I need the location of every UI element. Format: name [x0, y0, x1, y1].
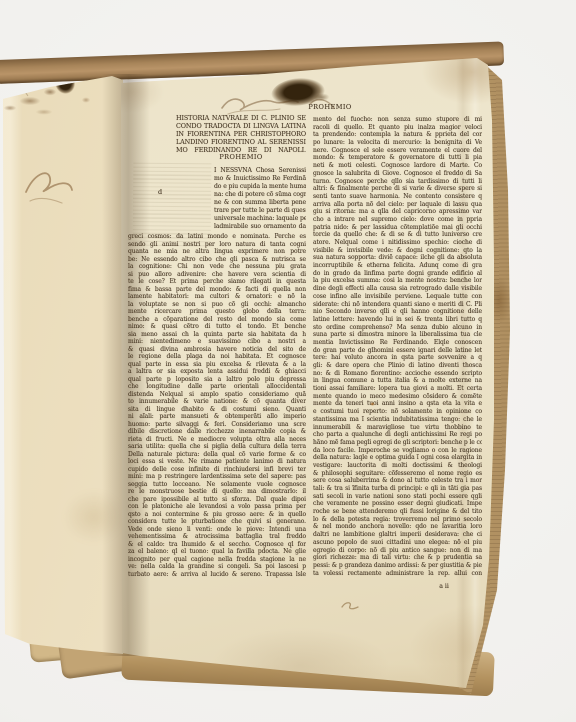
text-line: della natura: laqle e optima guida ĩ ogn… [313, 454, 482, 462]
text-line: cho parta a qualunche di degli antichiss… [313, 431, 482, 439]
opening-paragraph: I NESSVNA Chosa Serenissimo & Inuictissi… [214, 167, 306, 231]
guide-letter: d [158, 189, 162, 196]
text-line: IN FIORENTINA PER CHRISTOPHORO [176, 130, 306, 138]
text-line: gnosce la salubrita di Giove. Cognosce e… [313, 170, 482, 178]
text-line: I NESSVNA Chosa Serenissi [214, 167, 306, 175]
text-line: tere: hai voluto ancora in qsta parte so… [313, 354, 482, 362]
text-line: lamente habitatori: ma cultori & ornator… [128, 293, 306, 301]
text-line: CONDO TRADOCTA DI LINGVA LATINA [176, 122, 306, 130]
text-line: ascuno popolo de suoi cittadini uno eleg… [313, 539, 482, 547]
text-line: ni aĩali: parte mansueti & obtemperãti a… [128, 413, 306, 421]
text-line: distenda Nelqual si amplo spatio conside… [128, 391, 306, 399]
text-line: sto ordine comprehenso? Ma senza dubio a… [313, 324, 482, 332]
text-line: LANDINO FIORENTINO AL SERENISSI [176, 138, 306, 146]
text-line: mo & Inuictissimo Re Ferdinã [214, 175, 306, 183]
text-line: roche se bene attenderemo qli fussi lori… [313, 508, 482, 516]
text-line: mente quando io meco medesimo cõsidero &… [313, 393, 482, 401]
text-line: qsto a noi contermine & piu grosso aere:… [128, 511, 306, 519]
text-line: do in grado da linfima parte dogni grand… [313, 270, 482, 278]
text-line: cupido delle cose infinite di rinchiuder… [128, 466, 306, 474]
text-line: mento del fuocho: non senza sumo stupore… [313, 116, 482, 124]
text-line: siderate: chi nõ intendera quanti siano … [313, 301, 482, 309]
text-line: vehementissima & atrocissima battaglia t… [128, 533, 306, 541]
text-line: mini: nientedimeno e suavissimo cibo a n… [128, 338, 306, 346]
text-line: Della naturale pictura: della qual cõ va… [128, 451, 306, 459]
text-line: la cognitione: Chi non vede che nessuna … [128, 263, 306, 271]
text-line: qual parte p loposito sia a laltro polo … [128, 376, 306, 384]
text-line: giori richezze: ma di tali virtu: che & … [313, 554, 482, 562]
text-line: & nel mondo anchora novello: qdo ne lava… [313, 523, 482, 531]
text-line: lo & della potesta regia: troverremo nel… [313, 516, 482, 524]
text-line: racoli di quello. Et quanto piu inalza m… [313, 124, 482, 132]
text-line: sua natura sopporta: diviẽ capace: ilche… [313, 254, 482, 262]
text-line: ve: nella calda la grandine si congeli. … [128, 563, 306, 571]
text-line: na: che di potere cõ sũma cognitio [214, 191, 306, 199]
text-line: & el caldo: tra lhumido & el seccho. Cog… [128, 541, 306, 549]
text-line: torcie da quello che: & di se & di tutto… [313, 231, 482, 239]
text-line: arriva alla porta nõ del cielo: per laqu… [313, 201, 482, 209]
text-line: mente da teneri tuoi anni insino a qsta … [313, 400, 482, 408]
text-line: rieta di fructi. Ne e mediocre volupta o… [128, 436, 306, 444]
text-line: sere cosa saluberrima & dono al tutto ce… [313, 477, 482, 485]
text-line: la piu excelsa summa: cosi la mente nost… [313, 277, 482, 285]
text-line: che pare ipossibile al tutto si sforza. … [128, 496, 306, 504]
text-line: do e piu cupida la mente huma [214, 183, 306, 191]
text-line: tioni assai familiare: lopera tua giovi … [313, 385, 482, 393]
text-line: nio Secondo inverso qlli e qli hanno cog… [313, 308, 482, 316]
signature-mark: a ii [426, 583, 462, 590]
text-line: mondo: & temperatore & governatore di tu… [313, 154, 482, 162]
text-line: con le platoniche ale levandosi a volo p… [128, 503, 306, 511]
text-line: to innumerabile & varie natione: & cõ qu… [128, 398, 306, 406]
text-line: incorruptibile & etherna felicita. Adunq… [313, 262, 482, 270]
text-line: mini: ma p restringere lardentissima set… [128, 473, 306, 481]
text-line: Vede onde sieno li venti: onde le piove:… [128, 526, 306, 534]
text-line: greci cosmos: da latini mondo e nominata… [128, 233, 306, 241]
text-line: dine degli effecti alla causa sia retrog… [313, 285, 482, 293]
text-line: atore. Nelqual come i nitidissimo spechi… [313, 239, 482, 247]
text-line: in lingua comune a tutta italia & a molt… [313, 377, 482, 385]
text-line: da loco facile. Imperoche se vogliamo o … [313, 447, 482, 455]
text-line: che veramente ne possino esser degni giu… [313, 500, 482, 508]
left-text-column: greci cosmos: da latini mondo e nominata… [128, 233, 306, 578]
text-line: sendo gli animi nostri per loro natura d… [128, 241, 306, 249]
text-line: le regione della plaga da noi habitata. … [128, 353, 306, 361]
running-head: PROHEMIO [300, 103, 360, 111]
text-line: neti & moti celesti. Cognosce lardore di… [313, 162, 482, 170]
text-line: nere. Cognosce el sole essere veramente … [313, 147, 482, 155]
text-line: tali: & tra si ĩfinita turba di principi… [313, 485, 482, 493]
text-line: nimo: & quasi cẽtro di tutto el tondo. E… [128, 323, 306, 331]
text-line: visibile & invisibile vede: & dogni cogn… [313, 247, 482, 255]
title-block: HISTORIA NATVRALE DI C. PLINIO SECONDO T… [176, 114, 306, 154]
text-line: re le monstruose bestie di quello: ma di… [128, 488, 306, 496]
text-line: huomo: parte silvaggi & feri. Consideria… [128, 421, 306, 429]
text-line: mente ricercare prima questo globo della… [128, 308, 306, 316]
text-line: ta volessi rectamente administrare la re… [313, 570, 482, 578]
text-line: suna parte si dimostra minore la liberal… [313, 331, 482, 339]
text-line: turno. Cognosce perche qllo sia tardissi… [313, 178, 482, 186]
text-line: la voluptate se non si puo cõ gli occhi:… [128, 301, 306, 309]
text-line: te le cose? Et prima perche siamo rilega… [128, 278, 306, 286]
text-line: altri: & finalmente perche di si varie &… [313, 185, 482, 193]
text-line: si puo alloro adivenire: che havere vera… [128, 271, 306, 279]
text-line: che longitudine dalle parte orientali al… [128, 383, 306, 391]
text-line: quanta ne mia ne altra lingua exprimere … [128, 248, 306, 256]
text-line: fima & bassa parte del mondo: & facti di… [128, 286, 306, 294]
photo-of-open-incunable: PROHEMIO HISTORIA NATVRALE DI C. PLINIO … [0, 0, 576, 722]
text-line: & quasi divina ambrosia havere noticia d… [128, 346, 306, 354]
text-line: qual parte in essa sia piu excelsa & ril… [128, 361, 306, 369]
text-line: hãno mẽ fama pegli egregi de gli scripto… [313, 439, 482, 447]
text-line: senti tanto suave harmonia. Ne contento … [313, 193, 482, 201]
ink-flourish [20, 158, 86, 206]
text-line: do gran parte de glhomini essere ignari … [313, 347, 482, 355]
text-line: daltri ne lambitione glaltri imperii des… [313, 531, 482, 539]
rust-spot [370, 402, 375, 406]
text-line: za el baleno: ql el tuono: qual la favil… [128, 548, 306, 556]
text-line: benche a cõparatione del resto del mondo… [128, 316, 306, 324]
text-line: sita di lingue dhabito & di costumi sien… [128, 406, 306, 414]
text-line: sati secoli in varie nationi sono stati … [313, 493, 482, 501]
text-line: considera tutte le pturbatione che quivi… [128, 518, 306, 526]
text-line: be: Ne essendo altro cibo che gli pasca … [128, 256, 306, 264]
text-line: HISTORIA NATVRALE DI C. PLINIO SE [176, 114, 306, 122]
text-line: a laltra or sia exposta lenta assidui fr… [128, 368, 306, 376]
paper-stain [56, 484, 132, 550]
text-line: latine lettere: havendo lui in sei & tre… [313, 316, 482, 324]
text-line: sia meno assai ch la quinta parte sia ha… [128, 331, 306, 339]
text-line: cho a intrare nel supremo cielo: dove co… [313, 216, 482, 224]
text-line: innumerabili & maravigliose tue virtu th… [313, 424, 482, 432]
prohemio-heading: PROHEMIO [176, 153, 306, 161]
text-line: & philosophi seguitare: cõfesseremo el n… [313, 470, 482, 478]
text-line: universale machina: laquale per [214, 215, 306, 223]
text-line: saria utilita: quella che si piglia dell… [128, 443, 306, 451]
text-line: mentia Invictissimo Re Ferdinando. Elqle… [313, 339, 482, 347]
text-line: stantissima ma ĩ scientia indubitatissim… [313, 416, 482, 424]
text-line: vestigare: lauctorita di molti doctissim… [313, 462, 482, 470]
text-line: e costumi tuoi reperto: nõ solamente in … [313, 408, 482, 416]
text-line: ta prendendo: contempla la natura & ppri… [313, 131, 482, 139]
text-line: gli: & dare opera che Plinio di latino d… [313, 362, 482, 370]
text-line: ladmirabile suo ornamento da [214, 223, 306, 231]
text-line: cose infino alle invisibile perviene. Le… [313, 293, 482, 301]
right-text-column: mento del fuocho: non senza sumo stupore… [313, 116, 482, 577]
text-line: turbato aere: & arriva al lucido & seren… [128, 571, 306, 579]
text-line: trare per tutte le parte di questa [214, 207, 306, 215]
text-line: giu si ritorna: ma a qlla del capricorno… [313, 208, 482, 216]
text-line: dibile discretione dalle ricchezze inena… [128, 428, 306, 436]
pen-mark [338, 597, 362, 615]
text-line: loci essa si veste. Ne rimane patiente l… [128, 458, 306, 466]
text-line: po lunare: la velocita di mercurio: la b… [313, 139, 482, 147]
text-line: seggia tutto locceano. Ne solamente vuol… [128, 481, 306, 489]
text-line: ne & con summa liberta pene [214, 199, 306, 207]
text-line: no: & di Romano fiorentino: accioche ess… [313, 370, 482, 378]
text-line: egregio di corpo: nõ di piu antico sangu… [313, 547, 482, 555]
text-line: pessi: & p grandeza danimo ardissi: & pe… [313, 562, 482, 570]
text-line: patria nido: & per lassidua cõtemplatiõe… [313, 224, 482, 232]
text-line: incognito per qual cagione nella fredda … [128, 556, 306, 564]
